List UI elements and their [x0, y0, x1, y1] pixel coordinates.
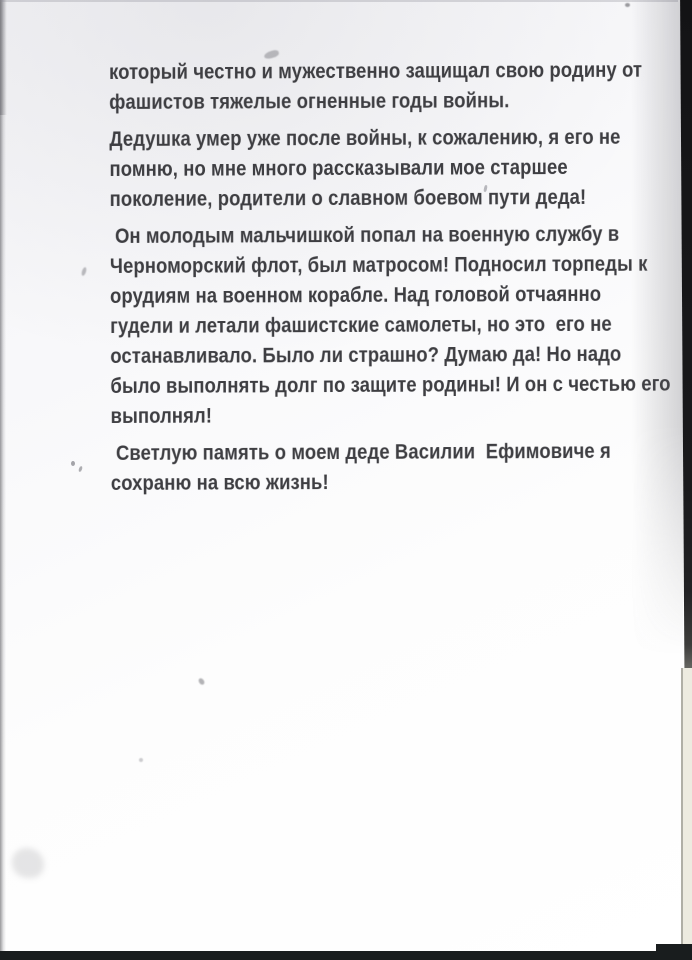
- text-line: выполнял!: [111, 400, 674, 432]
- paragraph: Он молодым мальчишкой попал на военную с…: [110, 220, 674, 432]
- text-line: сохраню на всю жизнь!: [111, 467, 674, 499]
- text-line: орудиям на военном корабле. Над головой …: [110, 280, 673, 312]
- scan-speck: [197, 677, 205, 686]
- page-left-top-edge-shadow: [0, 0, 7, 115]
- text-line: фашистов тяжелые огненные годы войны.: [109, 86, 672, 118]
- text-line: останавливало. Было ли страшно? Думаю да…: [110, 340, 673, 372]
- text-line: поколение, родители о славном боевом пут…: [110, 183, 673, 215]
- page-right-edge-strip: [681, 668, 692, 952]
- text-line: Дедушка умер уже после войны, к сожалени…: [109, 123, 672, 155]
- scan-speck: [78, 466, 83, 473]
- scanner-background-bottom-corner: [656, 944, 692, 960]
- document-text: который честно и мужественно защищал сво…: [109, 56, 674, 506]
- scanner-background-bottom: [0, 951, 692, 960]
- text-line: Черноморский флот, был матросом! Подноси…: [110, 250, 673, 282]
- paragraph: Дедушка умер уже после войны, к сожалени…: [109, 123, 673, 215]
- paragraph: Светлую память о моем деде Василии Ефимо…: [111, 437, 674, 499]
- page-right-shading: [631, 0, 683, 655]
- scan-speck: [81, 267, 88, 277]
- page-left-edge-shadow: [0, 0, 6, 952]
- scanned-page: который честно и мужественно защищал сво…: [0, 0, 692, 960]
- scan-speck: [71, 461, 75, 466]
- text-line: который честно и мужественно защищал сво…: [109, 56, 672, 88]
- text-line: было выполнять долг по защите родины! И …: [110, 370, 673, 402]
- text-line: Светлую память о моем деде Василии Ефимо…: [111, 437, 674, 469]
- text-line: помню, но мне много рассказывали мое ста…: [109, 153, 672, 185]
- scan-smudge: [12, 848, 44, 878]
- scan-speck: [139, 758, 143, 762]
- paragraph: который честно и мужественно защищал сво…: [109, 56, 672, 118]
- page-top-edge-line: [0, 0, 678, 2]
- scan-speck: [625, 3, 630, 7]
- text-line: гудели и летали фашистские самолеты, но …: [110, 310, 673, 342]
- text-line: Он молодым мальчишкой попал на военную с…: [110, 220, 673, 252]
